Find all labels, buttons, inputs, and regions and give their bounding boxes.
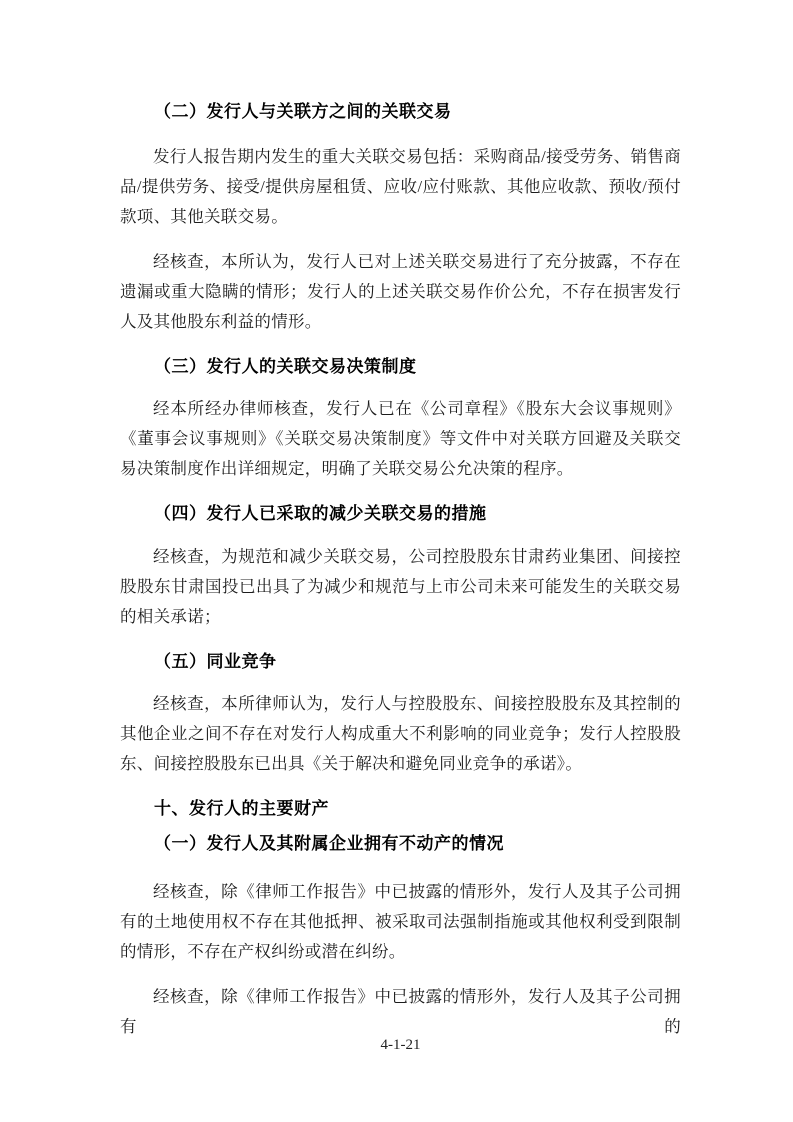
paragraph-transaction-types: 发行人报告期内发生的重大关联交易包括：采购商品/接受劳务、销售商品/提供劳务、接…	[120, 142, 681, 232]
paragraph-land-use-rights: 经核查，除《律师工作报告》中已披露的情形外，发行人及其子公司拥有的土地使用权不存…	[120, 877, 681, 967]
chapter-heading-major-assets: 十、发行人的主要财产	[120, 794, 681, 824]
paragraph-decision-rules: 经本所经办律师核查，发行人已在《公司章程》《股东大会议事规则》《董事会议事规则》…	[120, 394, 681, 484]
section-heading-real-estate: （一）发行人及其附属企业拥有不动产的情况	[120, 829, 681, 859]
section-heading-horizontal-competition: （五）同业竞争	[120, 647, 681, 677]
paragraph-shareholder-commitments: 经核查，为规范和减少关联交易，公司控股股东甘肃药业集团、间接控股股东甘肃国投已出…	[120, 542, 681, 632]
section-heading-reduction-measures: （四）发行人已采取的减少关联交易的措施	[120, 499, 681, 529]
paragraph-disclosure-opinion: 经核查，本所认为，发行人已对上述关联交易进行了充分披露，不存在遗漏或重大隐瞒的情…	[120, 247, 681, 337]
page-number: 4-1-21	[120, 1034, 681, 1056]
paragraph-continued-next-page: 经核查，除《律师工作报告》中已披露的情形外，发行人及其子公司拥有的	[120, 982, 681, 1042]
document-page: （二）发行人与关联方之间的关联交易 发行人报告期内发生的重大关联交易包括：采购商…	[0, 0, 793, 1122]
document-body: （二）发行人与关联方之间的关联交易 发行人报告期内发生的重大关联交易包括：采购商…	[120, 97, 681, 1042]
section-heading-related-transactions: （二）发行人与关联方之间的关联交易	[120, 97, 681, 127]
paragraph-competition-opinion: 经核查，本所律师认为，发行人与控股股东、间接控股股东及其控制的其他企业之间不存在…	[120, 689, 681, 779]
section-heading-decision-system: （三）发行人的关联交易决策制度	[120, 352, 681, 382]
